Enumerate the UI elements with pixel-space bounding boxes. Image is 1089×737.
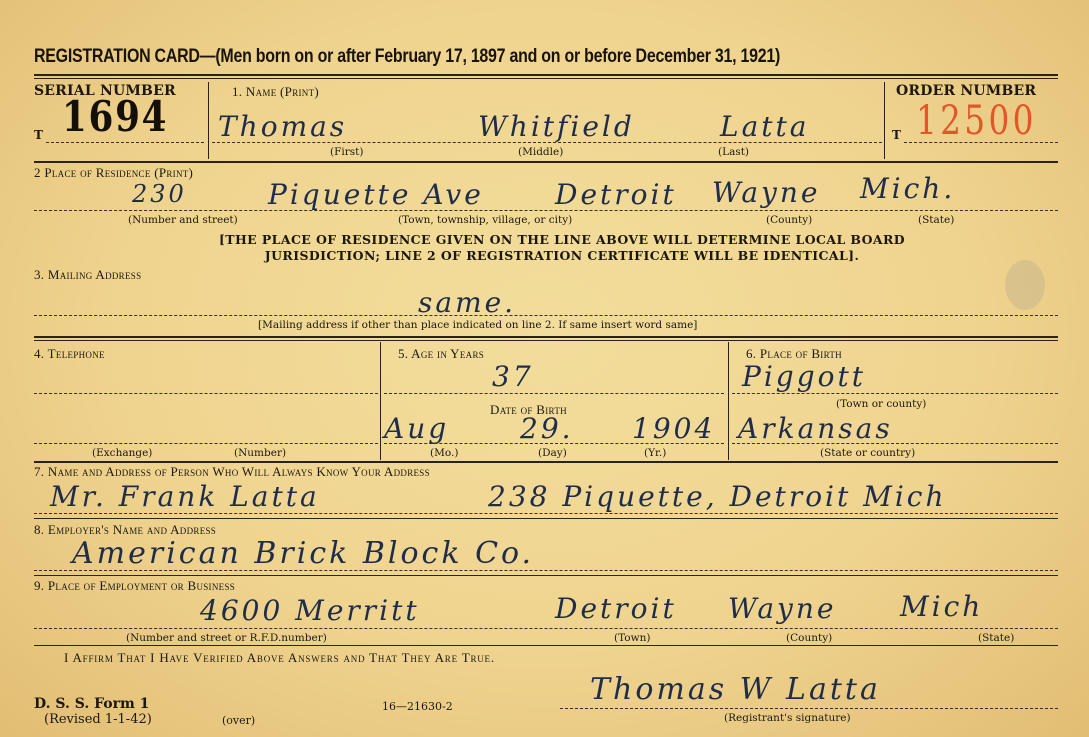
birthplace-town-line bbox=[732, 393, 1058, 394]
serial-prefix: T bbox=[34, 128, 43, 142]
serial-line bbox=[46, 142, 204, 143]
contact-label: 7. Name and Address of Person Who Will A… bbox=[34, 464, 430, 480]
title-rule bbox=[34, 74, 1058, 76]
paper-stain bbox=[1005, 260, 1045, 310]
row3-rule-2 bbox=[34, 340, 1058, 341]
serial-number: 1694 bbox=[62, 92, 168, 141]
employment-state: Mich bbox=[900, 590, 983, 623]
telephone-number-line bbox=[34, 443, 378, 444]
card-title: REGISTRATION CARD—(Men born on or after … bbox=[34, 46, 780, 68]
employment-sub-town: (Town) bbox=[614, 632, 650, 644]
employment-sub-street: (Number and street or R.F.D.number) bbox=[126, 632, 327, 644]
signature-sub: (Registrant's signature) bbox=[724, 712, 851, 724]
mailing-label: 3. Mailing Address bbox=[34, 267, 141, 283]
employment-sub-state: (State) bbox=[978, 632, 1014, 644]
name-label: 1. Name (Print) bbox=[232, 84, 319, 100]
name-sub-middle: (Middle) bbox=[518, 146, 563, 158]
residence-county: Wayne bbox=[712, 176, 820, 209]
title-rule-2 bbox=[34, 78, 1058, 79]
birthplace-state-line bbox=[732, 443, 1058, 444]
name-last: Latta bbox=[720, 110, 809, 143]
row5-rule bbox=[34, 461, 1058, 463]
form-number: D. S. S. Form 1 bbox=[34, 696, 149, 712]
residence-street-name: Piquette Ave bbox=[268, 178, 484, 211]
mailing-line bbox=[34, 315, 1058, 316]
age-label: 5. Age in Years bbox=[398, 346, 484, 362]
form-code: 16—21630-2 bbox=[382, 700, 453, 713]
residence-town: Detroit bbox=[555, 178, 677, 211]
order-label: ORDER NUMBER bbox=[896, 83, 1036, 99]
residence-sub-street: (Number and street) bbox=[128, 214, 238, 226]
dob-sub-month: (Mo.) bbox=[430, 447, 458, 459]
dob-year: 1904 bbox=[632, 412, 715, 445]
contact-address: 238 Piquette, Detroit Mich bbox=[488, 480, 947, 513]
name-middle: Whitfield bbox=[478, 110, 635, 143]
dob-sub-day: (Day) bbox=[538, 447, 567, 459]
row3-rule bbox=[34, 336, 1058, 338]
birthplace-state: Arkansas bbox=[738, 412, 893, 445]
residence-street-number: 230 bbox=[132, 180, 187, 208]
dob-line bbox=[384, 443, 724, 444]
birthplace-town: Piggott bbox=[742, 360, 866, 393]
name-line bbox=[212, 142, 882, 143]
birthplace-sub-state: (State or country) bbox=[820, 447, 915, 459]
residence-sub-town: (Town, township, village, or city) bbox=[398, 214, 572, 226]
employment-line bbox=[34, 628, 1058, 629]
signature: Thomas W Latta bbox=[590, 672, 881, 707]
row9-rule bbox=[34, 645, 1058, 646]
dob-day: 29. bbox=[520, 412, 574, 445]
form-revised: (Revised 1-1-42) bbox=[44, 712, 152, 727]
row1-rule bbox=[34, 161, 1058, 163]
employer-line bbox=[34, 570, 1058, 571]
affirm-statement: I Affirm That I Have Verified Above Answ… bbox=[64, 650, 495, 666]
order-line bbox=[904, 142, 1058, 143]
residence-notice-line2: JURISDICTION; LINE 2 OF REGISTRATION CER… bbox=[0, 248, 1089, 264]
residence-sub-county: (County) bbox=[766, 214, 812, 226]
contact-line bbox=[34, 513, 1058, 514]
row8-rule bbox=[34, 575, 1058, 576]
name-first: Thomas bbox=[218, 110, 347, 143]
telephone-sub-number: (Number) bbox=[234, 447, 286, 459]
birthplace-sub-town: (Town or county) bbox=[836, 398, 926, 410]
age-divider bbox=[728, 342, 729, 460]
employment-sub-county: (County) bbox=[786, 632, 832, 644]
employer-value: American Brick Block Co. bbox=[72, 536, 534, 571]
serial-divider bbox=[208, 82, 209, 159]
age-line bbox=[384, 393, 724, 394]
mailing-note: [Mailing address if other than place ind… bbox=[258, 319, 697, 331]
telephone-exchange-line bbox=[34, 393, 378, 394]
residence-label: 2 Place of Residence (Print) bbox=[34, 165, 193, 181]
order-number: 12500 bbox=[916, 98, 1037, 144]
telephone-divider bbox=[380, 342, 381, 460]
contact-name: Mr. Frank Latta bbox=[50, 480, 320, 513]
dob-sub-year: (Yr.) bbox=[644, 447, 666, 459]
order-prefix: T bbox=[892, 128, 901, 142]
residence-line bbox=[34, 210, 1058, 211]
telephone-label: 4. Telephone bbox=[34, 346, 105, 362]
form-over: (over) bbox=[222, 714, 255, 727]
employment-county: Wayne bbox=[728, 592, 836, 625]
name-sub-last: (Last) bbox=[718, 146, 749, 158]
name-sub-first: (First) bbox=[330, 146, 363, 158]
order-divider bbox=[884, 82, 885, 159]
employment-street: 4600 Merritt bbox=[200, 594, 420, 627]
residence-notice-line1: [THE PLACE OF RESIDENCE GIVEN ON THE LIN… bbox=[0, 232, 1089, 248]
dob-month: Aug bbox=[384, 412, 449, 445]
residence-sub-state: (State) bbox=[918, 214, 954, 226]
age-value: 37 bbox=[492, 360, 534, 393]
signature-line bbox=[560, 708, 1058, 709]
employment-town: Detroit bbox=[555, 592, 677, 625]
employment-label: 9. Place of Employment or Business bbox=[34, 578, 235, 594]
row7-rule bbox=[34, 518, 1058, 519]
residence-state: Mich. bbox=[860, 172, 955, 205]
telephone-sub-exchange: (Exchange) bbox=[92, 447, 152, 459]
